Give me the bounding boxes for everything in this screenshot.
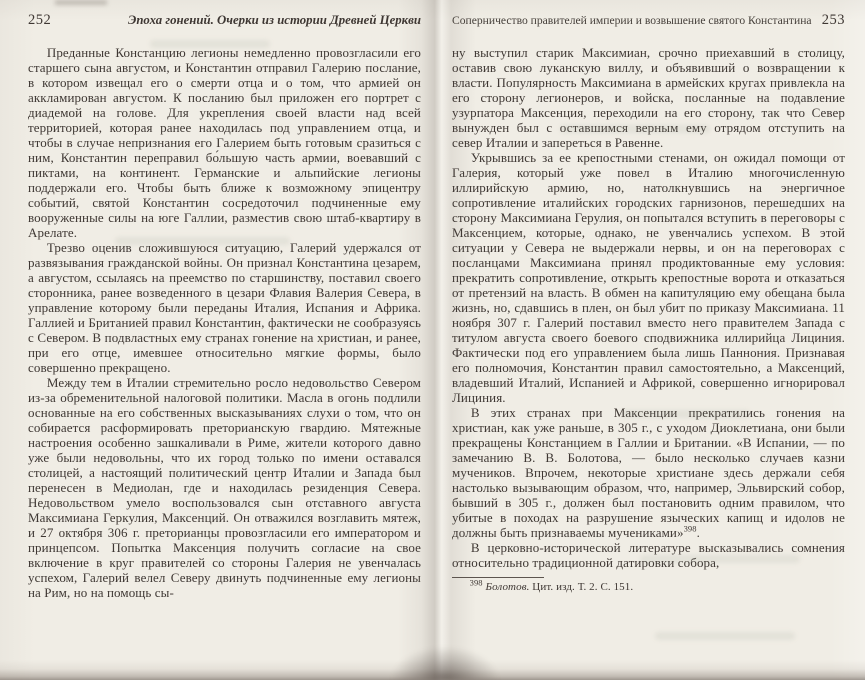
left-page-body: Преданные Констанцию легионы немедленно … <box>28 45 421 600</box>
page-number-left: 252 <box>28 12 51 29</box>
body-paragraph: В церковно-исторической литературе выска… <box>452 540 845 570</box>
body-paragraph-with-note: В этих странах при Максенции прекратилис… <box>452 405 845 540</box>
body-paragraph: Укрывшись за ее крепостными стенами, он … <box>452 150 845 405</box>
footnote-citation: Цит. изд. Т. 2. С. 151. <box>529 581 633 593</box>
footnote: 398 Болотов. Цит. изд. Т. 2. С. 151. <box>452 577 845 595</box>
right-page-body: ну выступил старик Максимиан, срочно при… <box>452 45 845 595</box>
footnote-text: 398 Болотов. Цит. изд. Т. 2. С. 151. <box>452 581 845 595</box>
running-title-left: Эпоха гонений. Очерки из истории Древней… <box>128 13 421 28</box>
quote-paragraph-tail: . <box>697 525 700 540</box>
body-paragraph: Между тем в Италии стремительно росло не… <box>28 375 421 600</box>
left-page: 252 Эпоха гонений. Очерки из истории Дре… <box>28 0 421 680</box>
page-number-right: 253 <box>822 12 845 29</box>
right-page: Соперничество правителей империи и возвы… <box>452 0 845 680</box>
body-paragraph: ну выступил старик Максимиан, срочно при… <box>452 45 845 150</box>
body-paragraph: Трезво оценив сложившуюся ситуацию, Гале… <box>28 240 421 375</box>
footnote-reference: 398 <box>684 524 697 534</box>
left-page-header: 252 Эпоха гонений. Очерки из истории Дре… <box>28 12 421 29</box>
footnote-marker: 398 <box>470 577 483 587</box>
footnote-rule <box>452 577 544 578</box>
running-title-right: Соперничество правителей империи и возвы… <box>452 14 812 27</box>
quote-paragraph-text: В этих странах при Максенции прекратилис… <box>452 405 845 540</box>
footnote-author: Болотов. <box>486 581 530 593</box>
body-paragraph: Преданные Констанцию легионы немедленно … <box>28 45 421 240</box>
right-page-header: Соперничество правителей империи и возвы… <box>452 12 845 29</box>
book-scan: 252 Эпоха гонений. Очерки из истории Дре… <box>0 0 865 680</box>
